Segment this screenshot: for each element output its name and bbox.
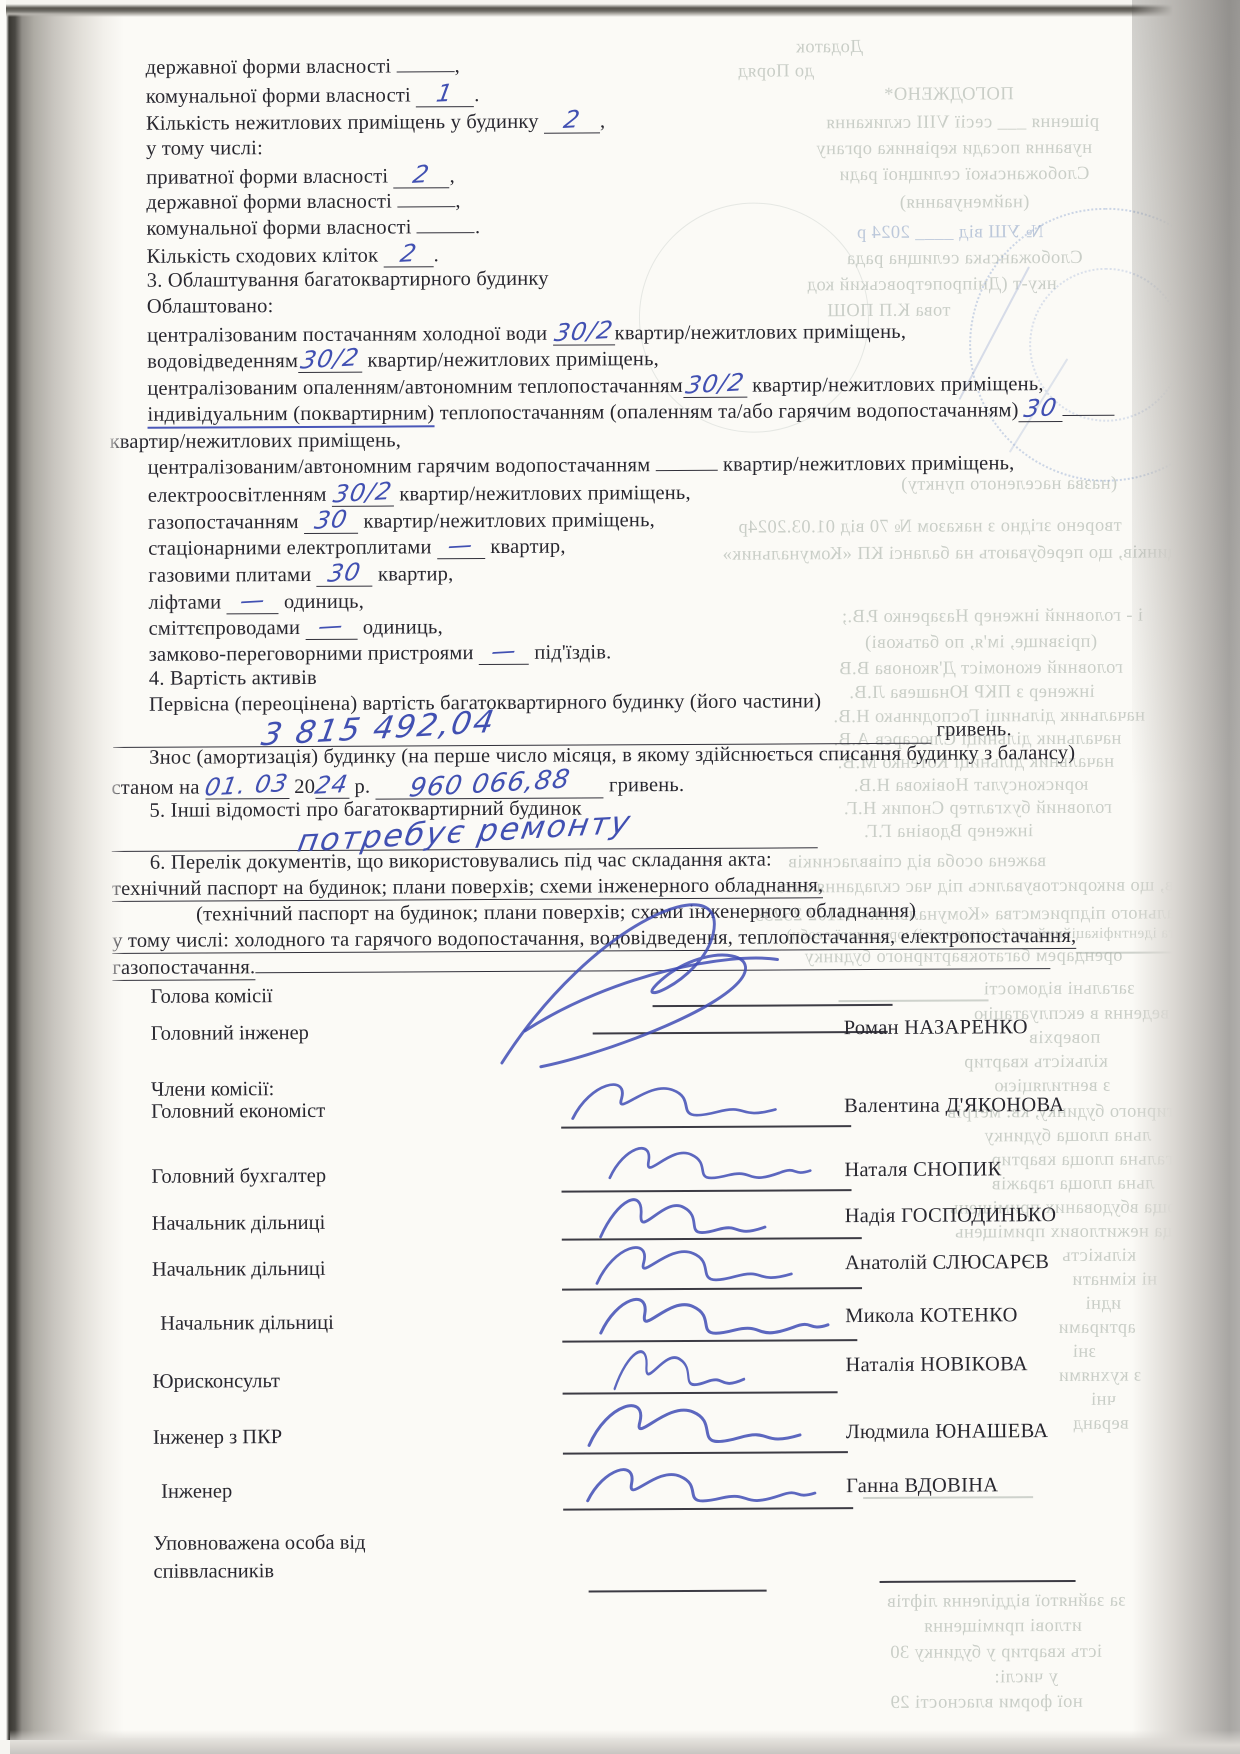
signatory-role-label: Інженер з ПКР [153, 1426, 282, 1450]
signature-scribble [569, 1445, 824, 1522]
scanned-document: Додатокдо ПорядПОГОДЖЕНО*рішення ___ сес… [0, 0, 1240, 1754]
signatory-name: Анатолій СЛЮСАРЄВ [845, 1251, 1049, 1275]
signatory-role-label: Начальник дільниці [152, 1258, 326, 1282]
signatory-role-label: Головний економіст [151, 1100, 325, 1124]
signatory-name: Микола КОТЕНКО [845, 1304, 1018, 1328]
signatory-role-label: Юрисконсульт [152, 1370, 280, 1394]
signature-line [880, 1580, 1076, 1583]
signatory-name: Надія ГОСПОДИНЬКО [845, 1204, 1057, 1228]
page-edge-bottom [10, 1730, 1240, 1754]
signatory-role-label: Голова комісії [150, 985, 272, 1009]
signatory-name: Людмила ЮНАШЕВА [846, 1420, 1049, 1444]
signatory-role-label: Начальник дільниці [160, 1312, 334, 1336]
page-edge-right [1132, 0, 1240, 1754]
signatory-role-label: Головний інженер [151, 1022, 309, 1046]
signatory-name: Ганна ВДОВІНА [846, 1474, 998, 1498]
signatory-name: Роман НАЗАРЕНКО [844, 1016, 1028, 1040]
document-page: Додатокдо ПорядПОГОДЖЕНО*рішення ___ сес… [0, 0, 1240, 1754]
page-edge-left [0, 0, 124, 1740]
signatory-name: Наталія НОВІКОВА [845, 1353, 1028, 1377]
signatory-role-label: Члени комісії: [151, 1078, 274, 1102]
signatory-name: Наталя СНОПИК [844, 1158, 1001, 1182]
signature-scribble [468, 855, 819, 1097]
signatory-role-label: Інженер [161, 1480, 232, 1503]
signature-line [589, 1590, 767, 1593]
signatory-name: Валентина Д'ЯКОНОВА [844, 1094, 1064, 1118]
signature-section: Голова комісіїГоловний інженерРоман НАЗА… [0, 0, 1240, 1754]
signatory-role-label: Головний бухгалтер [151, 1165, 326, 1189]
signatory-role-label: співвласників [153, 1560, 274, 1584]
page-edge-top [6, 0, 1240, 17]
signatory-role-label: Начальник дільниці [152, 1212, 326, 1236]
signatory-role-label: Уповноважена особа від [153, 1532, 365, 1556]
